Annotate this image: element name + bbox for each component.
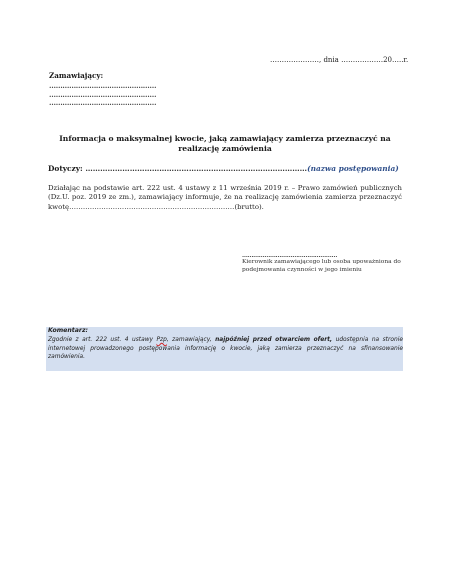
orderer-line: ………………………………………… <box>49 99 156 108</box>
comment-emphasis: najpóźniej przed otwarciem ofert, <box>215 337 332 343</box>
body-paragraph: Działając na podstawie art. 222 ust. 4 u… <box>48 184 402 212</box>
orderer-block: Zamawiający: ………………………………………… …………………………… <box>49 71 156 108</box>
signature-block: …………………………………………… Kierownik zamawiająceg… <box>242 252 407 274</box>
comment-box: Komentarz: Zgodnie z art. 222 ust. 4 ust… <box>46 327 403 371</box>
comment-text: Zgodnie z art. 222 ust. 4 ustawy Pzp, za… <box>48 336 403 362</box>
spellcheck-word: Pzp <box>156 337 166 343</box>
date-line: …………………, dnia ………………20…..r. <box>270 56 408 64</box>
concerns-note: (nazwa postępowania) <box>307 164 399 173</box>
signature-caption: Kierownik zamawiającego lub osoba upoważ… <box>242 259 407 274</box>
concerns-dots: ……………………………………………………………………………… <box>83 164 307 173</box>
orderer-label: Zamawiający: <box>49 71 156 80</box>
comment-text-part: Zgodnie z art. 222 ust. 4 ustawy <box>48 337 156 343</box>
comment-heading: Komentarz: <box>48 327 403 336</box>
comment-text-part: , zamawiający, <box>167 337 215 343</box>
concerns-line: Dotyczy: ………………………………………………………………………………(… <box>48 164 399 173</box>
signature-line: …………………………………………… <box>242 252 407 259</box>
document-page: …………………, dnia ………………20…..r. Zamawiający:… <box>0 0 450 580</box>
document-title: Informacja o maksymalnej kwocie, jaką za… <box>40 134 410 153</box>
concerns-label: Dotyczy: <box>48 164 83 173</box>
